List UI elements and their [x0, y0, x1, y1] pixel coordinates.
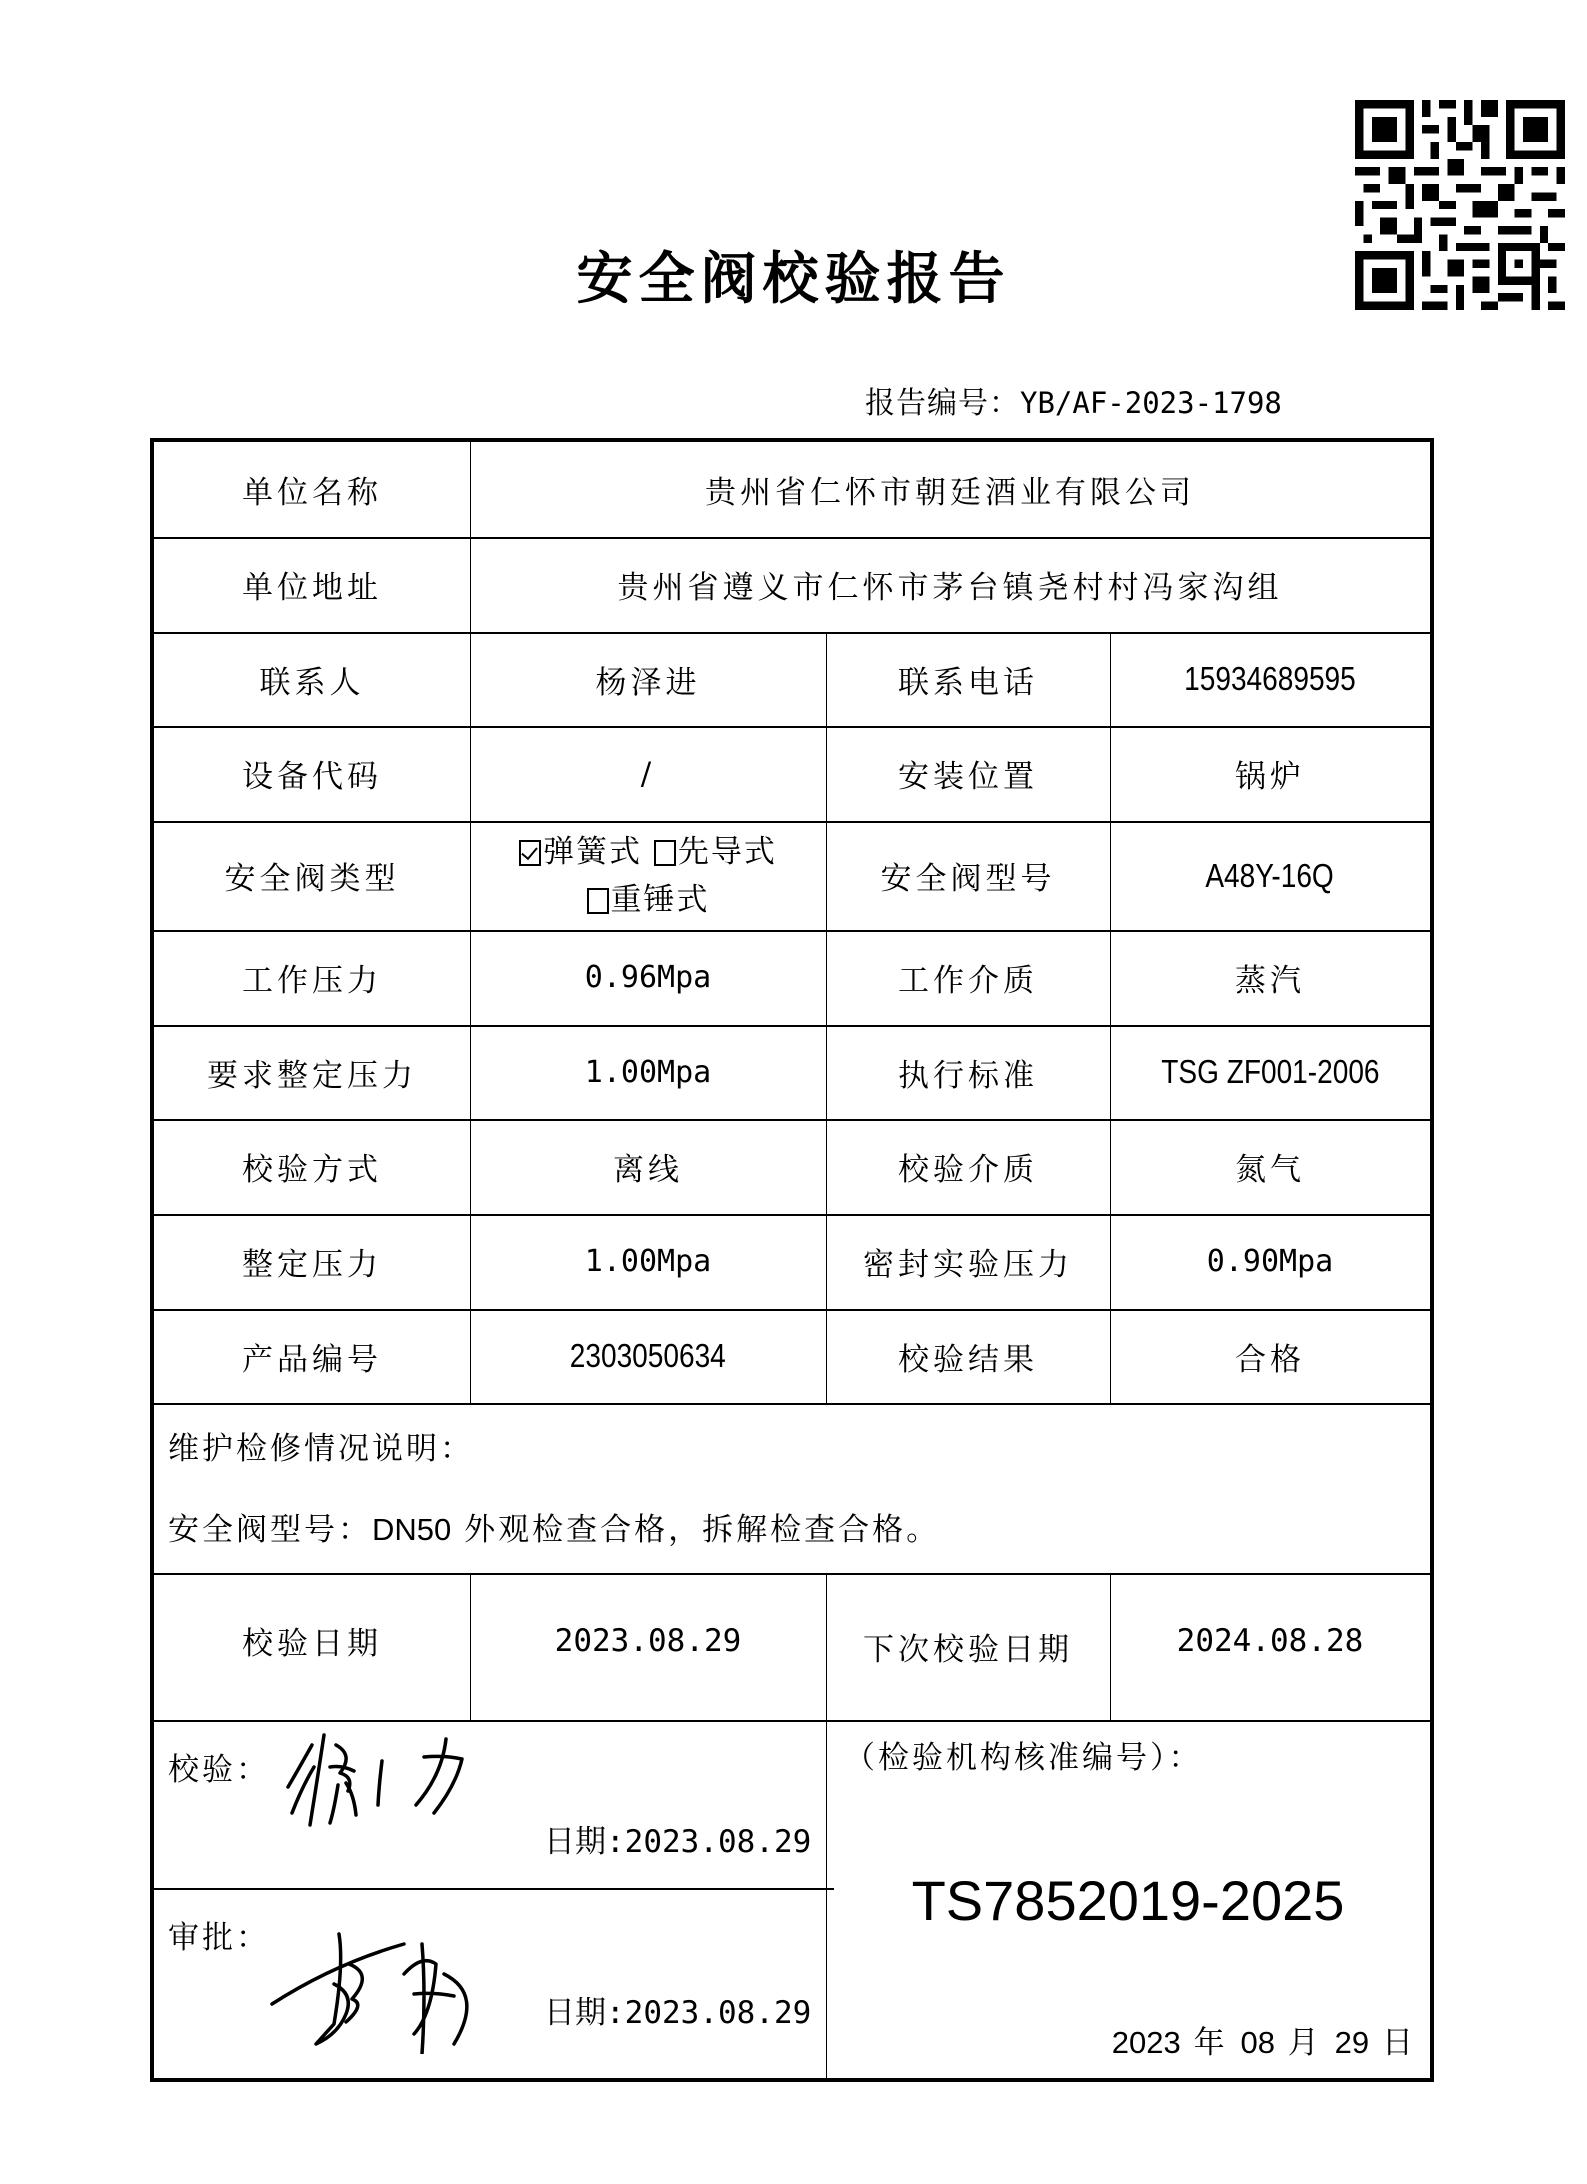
- test-method-label: 校验方式: [154, 1119, 470, 1214]
- option-pilot: 先导式: [678, 834, 777, 870]
- org-approval-code: TS7852019-2025: [826, 1868, 1430, 1933]
- approver-date: 日期:2023.08.29: [544, 1987, 811, 2032]
- checkbox-spring[interactable]: [519, 840, 541, 866]
- checkbox-pilot[interactable]: [654, 840, 676, 866]
- unit-address-value: 贵州省遵义市仁怀市茅台镇尧村村冯家沟组: [470, 537, 1430, 632]
- standard-value: TSG ZF001-2006: [1110, 1025, 1430, 1119]
- check-date-text: 2023.08.29: [555, 1623, 742, 1659]
- option-weight: 重锤式: [611, 882, 710, 918]
- required-set-pressure-text: 1.00Mpa: [585, 1055, 711, 1090]
- product-number-label: 产品编号: [154, 1309, 470, 1403]
- next-check-date-label: 下次校验日期: [826, 1573, 1110, 1720]
- test-result-value: 合格: [1110, 1309, 1430, 1403]
- working-pressure-value: 0.96Mpa: [470, 930, 826, 1025]
- report-table: 单位名称 贵州省仁怀市朝廷酒业有限公司 单位地址 贵州省遵义市仁怀市茅台镇尧村村…: [150, 438, 1434, 2082]
- seal-test-pressure-value: 0.90Mpa: [1110, 1214, 1430, 1309]
- valve-type-line-2: 重锤式: [587, 876, 710, 924]
- seal-test-pressure-text: 0.90Mpa: [1207, 1244, 1333, 1279]
- approver-date-text: 日期:2023.08.29: [544, 1995, 811, 2031]
- org-date-month: 08: [1240, 2025, 1274, 2060]
- phone-value: 15934689595: [1110, 632, 1430, 726]
- valve-type-line-1: 弹簧式 先导式: [519, 828, 777, 876]
- org-approval-date: 2023 年 08 月 29 日: [1112, 2017, 1416, 2062]
- test-result-label: 校验结果: [826, 1309, 1110, 1403]
- standard-label: 执行标准: [826, 1025, 1110, 1119]
- row-divider: [154, 1403, 1430, 1405]
- report-number-label: 报告编号：: [865, 386, 1020, 421]
- install-location-value: 锅炉: [1110, 726, 1430, 821]
- org-date-month-unit: 月: [1288, 2025, 1322, 2061]
- unit-address-label: 单位地址: [154, 537, 470, 632]
- valve-model-label: 安全阀型号: [826, 821, 1110, 930]
- maintenance-prefix: 安全阀型号：: [168, 1512, 372, 1548]
- test-medium-value: 氮气: [1110, 1119, 1430, 1214]
- standard-text: TSG ZF001-2006: [1161, 1053, 1379, 1091]
- org-date-year-unit: 年: [1194, 2025, 1228, 2061]
- phone-label: 联系电话: [826, 632, 1110, 726]
- equipment-code-label: 设备代码: [154, 726, 470, 821]
- working-medium-label: 工作介质: [826, 930, 1110, 1025]
- working-pressure-label: 工作压力: [154, 930, 470, 1025]
- org-date-day: 29: [1335, 2025, 1369, 2060]
- set-pressure-value: 1.00Mpa: [470, 1214, 826, 1309]
- org-date-day-unit: 日: [1382, 2025, 1416, 2061]
- install-location-label: 安装位置: [826, 726, 1110, 821]
- next-check-date-text: 2024.08.28: [1177, 1623, 1364, 1659]
- seal-test-pressure-label: 密封实验压力: [826, 1214, 1110, 1309]
- test-medium-label: 校验介质: [826, 1119, 1110, 1214]
- product-number-text: 2303050634: [570, 1337, 726, 1375]
- option-spring: 弹簧式: [543, 834, 642, 870]
- checkbox-weight[interactable]: [587, 888, 609, 914]
- maintenance-result: 外观检查合格，拆解检查合格。: [451, 1512, 940, 1548]
- unit-name-label: 单位名称: [154, 442, 470, 537]
- set-pressure-text: 1.00Mpa: [585, 1244, 711, 1279]
- checker-label: 校验：: [168, 1744, 270, 1789]
- row-divider: [154, 1720, 1430, 1722]
- valve-type-options: 弹簧式 先导式 重锤式: [470, 821, 826, 930]
- required-set-pressure-label: 要求整定压力: [154, 1025, 470, 1119]
- maintenance-model: DN50: [372, 1512, 451, 1547]
- working-pressure-text: 0.96Mpa: [585, 960, 711, 995]
- contact-value: 杨泽进: [470, 632, 826, 726]
- report-number: 报告编号：YB/AF-2023-1798: [865, 378, 1282, 422]
- checker-signature: [284, 1725, 514, 1835]
- check-date-label: 校验日期: [154, 1573, 470, 1720]
- report-number-value: YB/AF-2023-1798: [1020, 386, 1282, 420]
- valve-model-value: A48Y-16Q: [1110, 821, 1430, 930]
- contact-label: 联系人: [154, 632, 470, 726]
- equipment-code-value: /: [470, 726, 826, 821]
- check-date-value: 2023.08.29: [470, 1573, 826, 1720]
- approver-signature: [254, 1904, 514, 2054]
- checker-date-text: 日期:2023.08.29: [544, 1824, 811, 1860]
- set-pressure-label: 整定压力: [154, 1214, 470, 1309]
- working-medium-value: 蒸汽: [1110, 930, 1430, 1025]
- next-check-date-value: 2024.08.28: [1110, 1573, 1430, 1720]
- product-number-value: 2303050634: [470, 1309, 826, 1403]
- valve-type-label: 安全阀类型: [154, 821, 470, 930]
- org-approval-label: （检验机构核准编号）：: [844, 1732, 1203, 1777]
- test-method-value: 离线: [470, 1119, 826, 1214]
- required-set-pressure-value: 1.00Mpa: [470, 1025, 826, 1119]
- checker-date: 日期:2023.08.29: [544, 1816, 811, 1861]
- org-date-year: 2023: [1112, 2025, 1181, 2060]
- row-divider: [154, 1888, 834, 1890]
- valve-model-text: A48Y-16Q: [1206, 857, 1334, 895]
- phone-number: 15934689595: [1184, 660, 1356, 698]
- unit-name-value: 贵州省仁怀市朝廷酒业有限公司: [470, 442, 1430, 537]
- maintenance-text: 安全阀型号：DN50 外观检查合格，拆解检查合格。: [168, 1504, 940, 1549]
- maintenance-heading: 维护检修情况说明：: [168, 1423, 474, 1468]
- page-title: 安全阀校验报告: [0, 235, 1587, 315]
